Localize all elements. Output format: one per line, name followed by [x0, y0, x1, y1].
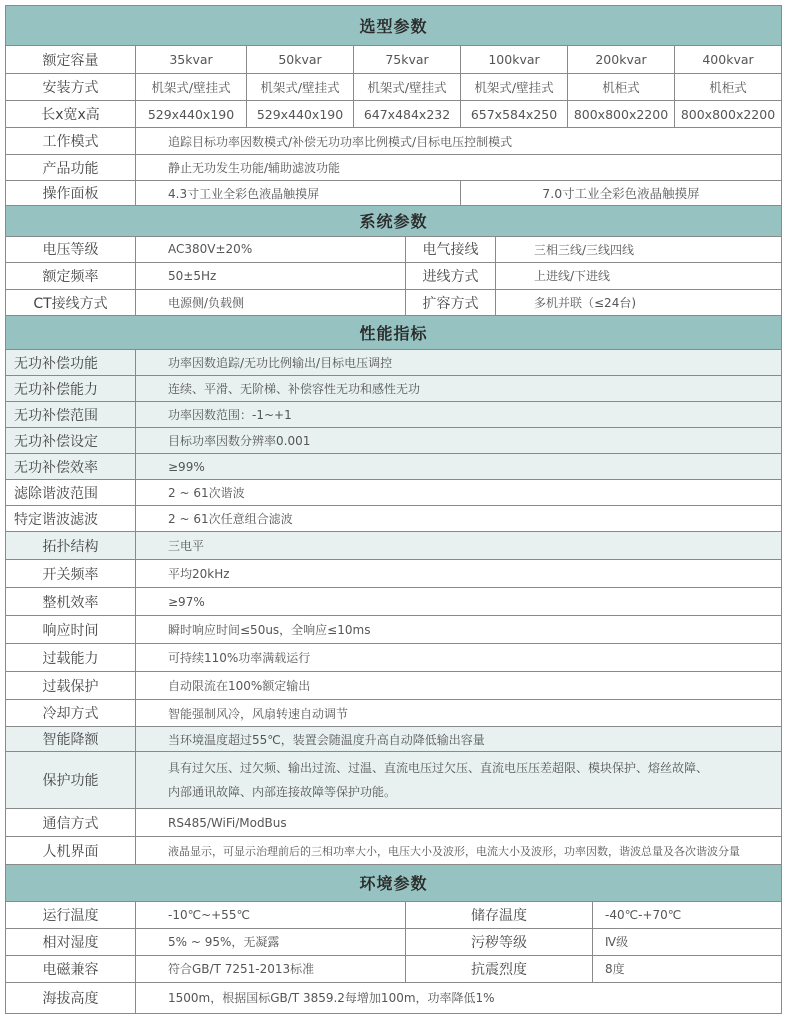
perf-row: 开关频率 平均20kHz	[6, 560, 782, 588]
section-header-selection: 选型参数	[6, 6, 782, 46]
row-label: 无功补偿功能	[6, 350, 136, 376]
cell-value: 智能强制风冷，风扇转速自动调节	[136, 700, 782, 727]
row-label: 过载保护	[6, 672, 136, 700]
cell-line: 内部通讯故障、内部连接故障等保护功能。	[168, 780, 781, 804]
section-title: 系统参数	[6, 205, 782, 236]
row-frequency: 额定频率 50±5Hz 进线方式 上进线/下进线	[6, 262, 782, 289]
cell-value: 当环境温度超过55℃，装置会随温度升高自动降低输出容量	[136, 727, 782, 752]
row-label: 电压等级	[6, 236, 136, 262]
cell-value: 647x484x232	[354, 101, 461, 128]
perf-row: 无功补偿范围 功率因数范围：-1~+1	[6, 402, 782, 428]
row-label: 通信方式	[6, 809, 136, 837]
cell-value: 三相三线/三线四线	[496, 236, 782, 262]
row-label: 储存温度	[406, 901, 593, 928]
cell-value: 多机并联（≤24台)	[496, 289, 782, 316]
section-title: 性能指标	[6, 316, 782, 350]
perf-row: 过载能力 可持续110%功率满载运行	[6, 644, 782, 672]
cell-value: Ⅳ级	[593, 928, 782, 955]
row-label: 过载能力	[6, 644, 136, 672]
cell-value: 功率因数追踪/无功比例输出/目标电压调控	[136, 350, 782, 376]
row-label: 无功补偿能力	[6, 376, 136, 402]
row-label: 长x宽x高	[6, 101, 136, 128]
row-label: 进线方式	[406, 262, 496, 289]
cell-value: 1500m，根据国标GB/T 3859.2每增加100m，功率降低1%	[136, 982, 782, 1013]
perf-row: 滤除谐波范围 2 ~ 61次谐波	[6, 480, 782, 506]
row-installation: 安装方式 机架式/壁挂式 机架式/壁挂式 机架式/壁挂式 机架式/壁挂式 机柜式…	[6, 74, 782, 101]
row-label: 无功补偿设定	[6, 428, 136, 454]
cell-value: 800x800x2200	[675, 101, 782, 128]
row-product-function: 产品功能 静止无功发生功能/辅助滤波功能	[6, 155, 782, 181]
row-label: 冷却方式	[6, 700, 136, 727]
cell-value: 瞬时响应时间≤50us，全响应≤10ms	[136, 616, 782, 644]
row-label: 操作面板	[6, 181, 136, 206]
row-label: 特定谐波滤波	[6, 506, 136, 532]
perf-row: 无功补偿设定 目标功率因数分辨率0.001	[6, 428, 782, 454]
row-label: 产品功能	[6, 155, 136, 181]
cell-value: 功率因数范围：-1~+1	[136, 402, 782, 428]
perf-row: 智能降额 当环境温度超过55℃，装置会随温度升高自动降低输出容量	[6, 727, 782, 752]
row-label: 安装方式	[6, 74, 136, 101]
cell-value: 机柜式	[675, 74, 782, 101]
cell-value: 液晶显示，可显示治理前后的三相功率大小，电压大小及波形，电流大小及波形，功率因数…	[136, 837, 782, 865]
cell-value: 2 ~ 61次任意组合滤波	[136, 506, 782, 532]
cell-value: ≥99%	[136, 454, 782, 480]
row-rated-capacity: 额定容量 35kvar 50kvar 75kvar 100kvar 200kva…	[6, 46, 782, 74]
cell-value: 目标功率因数分辨率0.001	[136, 428, 782, 454]
row-label: 额定容量	[6, 46, 136, 74]
row-label: 无功补偿范围	[6, 402, 136, 428]
row-work-mode: 工作模式 追踪目标功率因数模式/补偿无功功率比例模式/目标电压控制模式	[6, 128, 782, 155]
cell-value: 800x800x2200	[568, 101, 675, 128]
cell-value: 8度	[593, 955, 782, 982]
cell-value: 50±5Hz	[136, 262, 406, 289]
cell-value: 200kvar	[568, 46, 675, 74]
cell-value: 机架式/壁挂式	[247, 74, 354, 101]
row-label: 电磁兼容	[6, 955, 136, 982]
cell-value: 三电平	[136, 532, 782, 560]
cell-value: 自动限流在100%额定输出	[136, 672, 782, 700]
perf-row: 保护功能 具有过欠压、过欠频、输出过流、过温、直流电压过欠压、直流电压压差超限、…	[6, 752, 782, 809]
env-row-altitude: 海拔高度 1500m，根据国标GB/T 3859.2每增加100m，功率降低1%	[6, 982, 782, 1013]
row-dimensions: 长x宽x高 529x440x190 529x440x190 647x484x23…	[6, 101, 782, 128]
cell-line: 具有过欠压、过欠频、输出过流、过温、直流电压过欠压、直流电压压差超限、模块保护、…	[168, 756, 781, 780]
row-label: 保护功能	[6, 752, 136, 809]
cell-value: 5% ~ 95%，无凝露	[136, 928, 406, 955]
cell-value: ≥97%	[136, 588, 782, 616]
perf-row: 响应时间 瞬时响应时间≤50us，全响应≤10ms	[6, 616, 782, 644]
row-label: 响应时间	[6, 616, 136, 644]
cell-value: 符合GB/T 7251-2013标准	[136, 955, 406, 982]
cell-value: 2 ~ 61次谐波	[136, 480, 782, 506]
row-label: 人机界面	[6, 837, 136, 865]
spec-sheet: 选型参数 额定容量 35kvar 50kvar 75kvar 100kvar 2…	[5, 5, 781, 1014]
env-row: 运行温度 -10℃~+55℃ 储存温度 -40℃-+70℃	[6, 901, 782, 928]
row-label: 额定频率	[6, 262, 136, 289]
perf-row: 无功补偿效率 ≥99%	[6, 454, 782, 480]
cell-value: 400kvar	[675, 46, 782, 74]
row-label: 整机效率	[6, 588, 136, 616]
cell-value: 75kvar	[354, 46, 461, 74]
row-label: CT接线方式	[6, 289, 136, 316]
cell-value: 机架式/壁挂式	[136, 74, 247, 101]
env-row: 电磁兼容 符合GB/T 7251-2013标准 抗震烈度 8度	[6, 955, 782, 982]
perf-row: 无功补偿能力 连续、平滑、无阶梯、补偿容性无功和感性无功	[6, 376, 782, 402]
section-title: 选型参数	[6, 6, 782, 46]
row-label: 相对湿度	[6, 928, 136, 955]
row-panel: 操作面板 4.3寸工业全彩色液晶触摸屏 7.0寸工业全彩色液晶触摸屏	[6, 181, 782, 206]
perf-row: 拓扑结构 三电平	[6, 532, 782, 560]
cell-value: 4.3寸工业全彩色液晶触摸屏	[136, 181, 461, 206]
cell-value: 电源侧/负载侧	[136, 289, 406, 316]
cell-value: AC380V±20%	[136, 236, 406, 262]
cell-value: 50kvar	[247, 46, 354, 74]
cell-value: -10℃~+55℃	[136, 901, 406, 928]
row-label: 运行温度	[6, 901, 136, 928]
perf-row: 通信方式 RS485/WiFi/ModBus	[6, 809, 782, 837]
row-label: 拓扑结构	[6, 532, 136, 560]
section-header-performance: 性能指标	[6, 316, 782, 350]
cell-value: 529x440x190	[247, 101, 354, 128]
row-voltage: 电压等级 AC380V±20% 电气接线 三相三线/三线四线	[6, 236, 782, 262]
env-row: 相对湿度 5% ~ 95%，无凝露 污秽等级 Ⅳ级	[6, 928, 782, 955]
perf-row: 过载保护 自动限流在100%额定输出	[6, 672, 782, 700]
section-title: 环境参数	[6, 864, 782, 901]
cell-value: 7.0寸工业全彩色液晶触摸屏	[461, 181, 782, 206]
section-header-system: 系统参数	[6, 205, 782, 236]
selection-table: 选型参数 额定容量 35kvar 50kvar 75kvar 100kvar 2…	[5, 5, 782, 206]
cell-value: 上进线/下进线	[496, 262, 782, 289]
perf-row: 整机效率 ≥97%	[6, 588, 782, 616]
performance-table: 性能指标 无功补偿功能 功率因数追踪/无功比例输出/目标电压调控 无功补偿能力 …	[5, 315, 782, 865]
row-label: 抗震烈度	[406, 955, 593, 982]
row-label: 扩容方式	[406, 289, 496, 316]
cell-value: 100kvar	[461, 46, 568, 74]
cell-value: 连续、平滑、无阶梯、补偿容性无功和感性无功	[136, 376, 782, 402]
perf-row: 无功补偿功能 功率因数追踪/无功比例输出/目标电压调控	[6, 350, 782, 376]
perf-row: 冷却方式 智能强制风冷，风扇转速自动调节	[6, 700, 782, 727]
cell-value: 35kvar	[136, 46, 247, 74]
cell-value: -40℃-+70℃	[593, 901, 782, 928]
row-label: 污秽等级	[406, 928, 593, 955]
cell-value: RS485/WiFi/ModBus	[136, 809, 782, 837]
cell-value: 追踪目标功率因数模式/补偿无功功率比例模式/目标电压控制模式	[136, 128, 782, 155]
row-label: 滤除谐波范围	[6, 480, 136, 506]
environment-table: 环境参数 运行温度 -10℃~+55℃ 储存温度 -40℃-+70℃ 相对湿度 …	[5, 864, 782, 1014]
cell-value: 静止无功发生功能/辅助滤波功能	[136, 155, 782, 181]
row-label: 无功补偿效率	[6, 454, 136, 480]
cell-value: 机架式/壁挂式	[461, 74, 568, 101]
row-label: 电气接线	[406, 236, 496, 262]
cell-value: 可持续110%功率满载运行	[136, 644, 782, 672]
cell-value: 机柜式	[568, 74, 675, 101]
row-label: 开关频率	[6, 560, 136, 588]
row-label: 工作模式	[6, 128, 136, 155]
cell-value: 平均20kHz	[136, 560, 782, 588]
row-label: 海拔高度	[6, 982, 136, 1013]
perf-row: 人机界面 液晶显示，可显示治理前后的三相功率大小，电压大小及波形，电流大小及波形…	[6, 837, 782, 865]
perf-row: 特定谐波滤波 2 ~ 61次任意组合滤波	[6, 506, 782, 532]
cell-value: 机架式/壁挂式	[354, 74, 461, 101]
row-ct-wiring: CT接线方式 电源侧/负载侧 扩容方式 多机并联（≤24台)	[6, 289, 782, 316]
system-table: 系统参数 电压等级 AC380V±20% 电气接线 三相三线/三线四线 额定频率…	[5, 205, 782, 317]
cell-value: 529x440x190	[136, 101, 247, 128]
row-label: 智能降额	[6, 727, 136, 752]
cell-value: 657x584x250	[461, 101, 568, 128]
section-header-environment: 环境参数	[6, 864, 782, 901]
cell-value: 具有过欠压、过欠频、输出过流、过温、直流电压过欠压、直流电压压差超限、模块保护、…	[136, 752, 782, 809]
